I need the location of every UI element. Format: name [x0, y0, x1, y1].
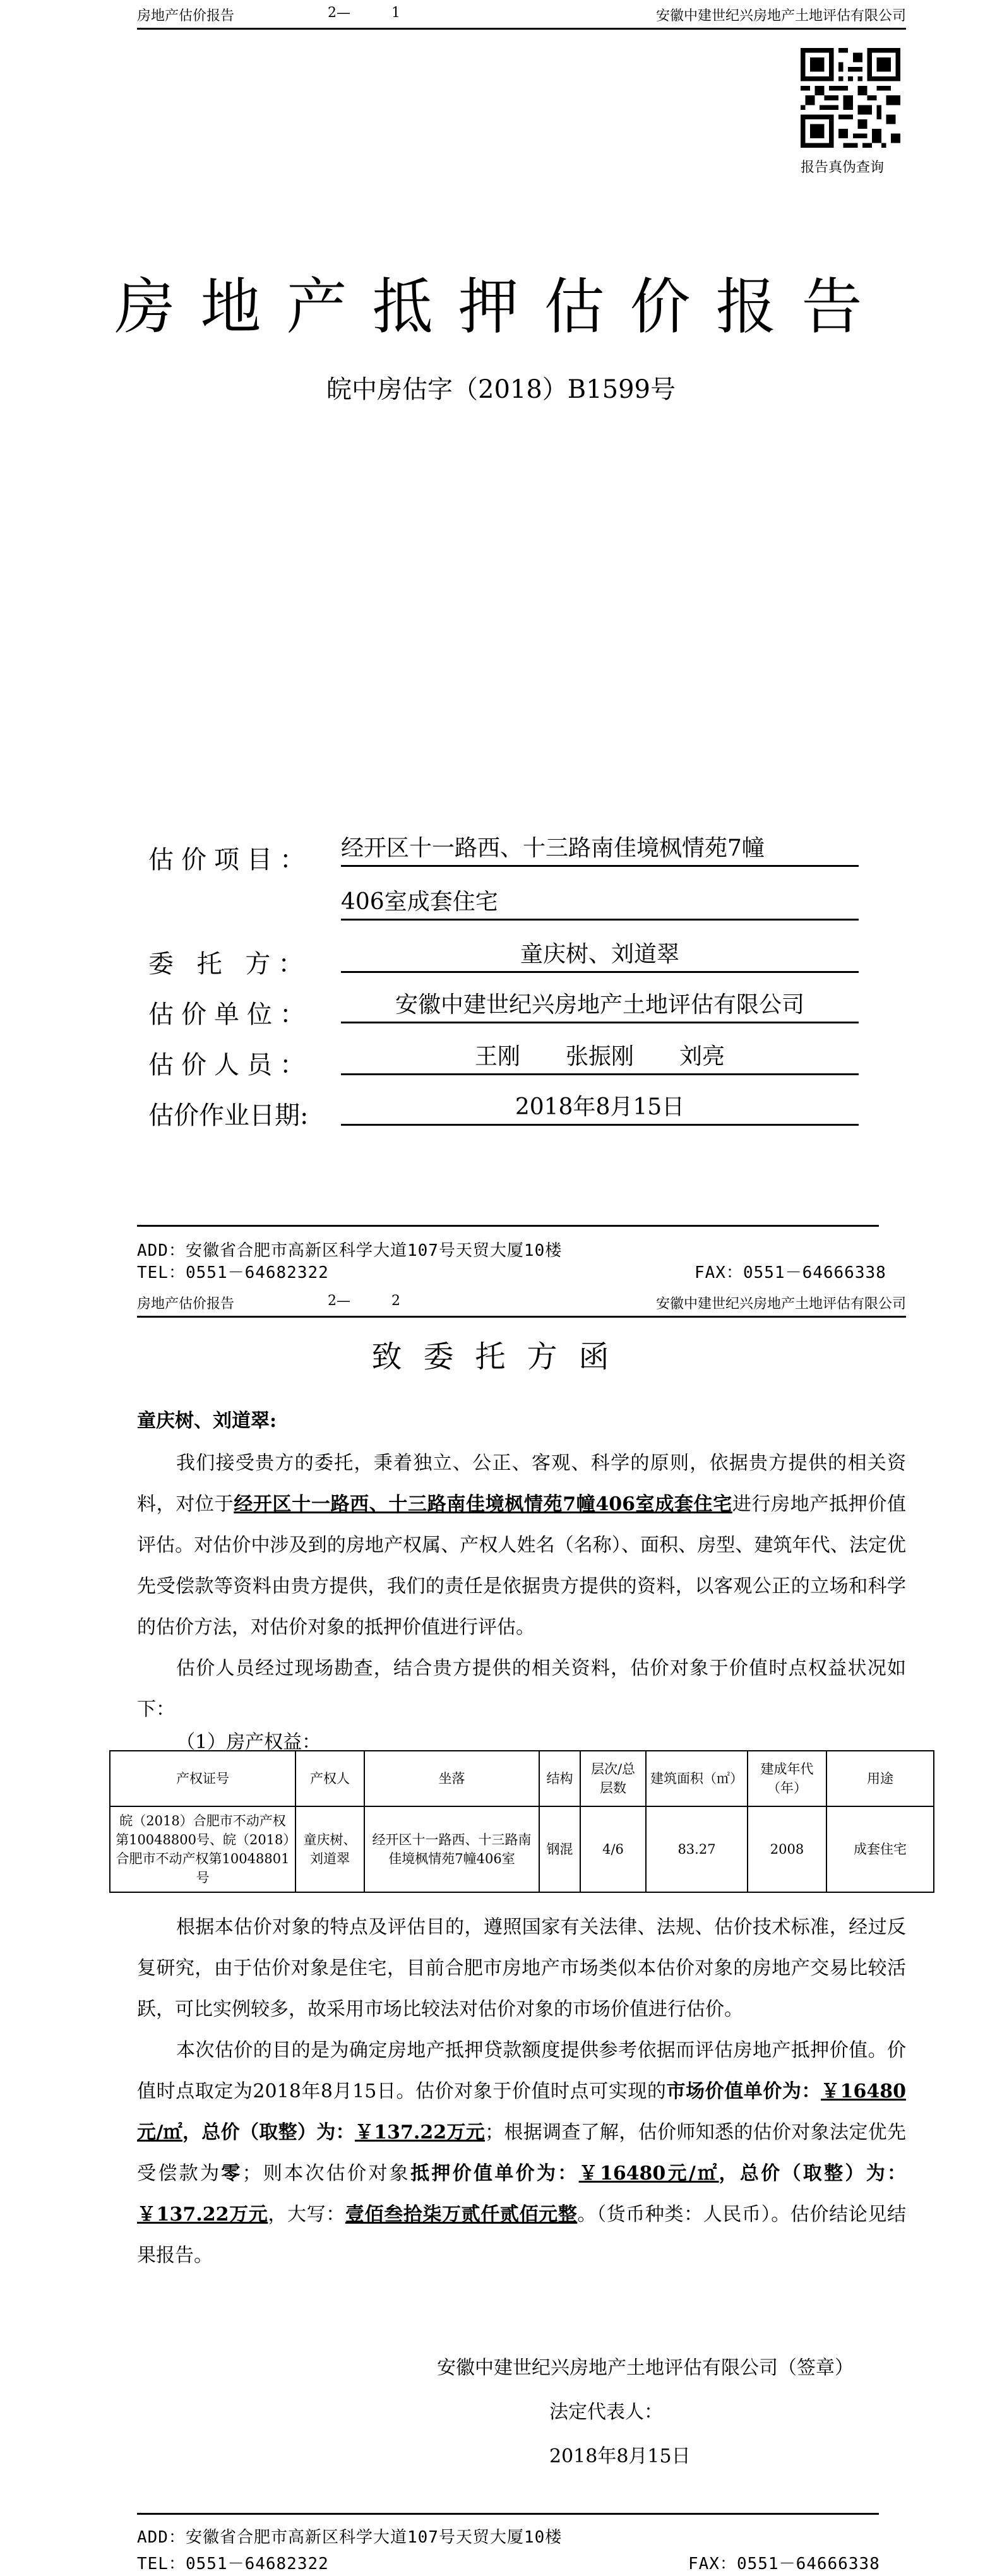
- qr-code-icon: [801, 48, 900, 148]
- property-address-underlined: 经开区十一路西、十三路南佳境枫情苑7幢406室成套住宅: [234, 1493, 732, 1515]
- paragraph-method: 根据本估价对象的特点及评估目的，遵照国家有关法律、法规、估价技术标准，经过反复研…: [137, 1907, 906, 2030]
- table-cell-floor: 4/6: [580, 1806, 646, 1892]
- market-unit-price-label: 市场价值单价为：: [666, 2080, 821, 2102]
- field-label-client: 委 托 方：: [148, 944, 311, 980]
- header-company: 安徽中建世纪兴房地产土地评估有限公司: [656, 5, 906, 25]
- field-value-date: 2018年8月15日: [341, 1092, 859, 1126]
- page1-footer-fax: FAX：0551－64666338: [695, 1260, 886, 1283]
- page2-footer-tel: TEL：0551－64682322: [137, 2551, 329, 2574]
- letter-title: 致委托方函: [0, 1332, 1002, 1376]
- field-value-appraisers: 王刚 张振刚 刘亮: [341, 1042, 859, 1075]
- paragraph-inspection: 估价人员经过现场勘查，结合贵方提供的相关资料，估价对象于价值时点权益状况如下：: [137, 1648, 906, 1730]
- table-header-cell: 产权人: [295, 1751, 364, 1806]
- field-label-appraisers: 估价人员：: [148, 1045, 313, 1081]
- salutation: 童庆树、刘道翠:: [137, 1405, 277, 1433]
- table-cell-area: 83.27: [646, 1806, 748, 1892]
- table-cell-cert-no: 皖（2018）合肥市不动产权第10048800号、皖（2018）合肥市不动产权第…: [110, 1806, 295, 1892]
- mortgage-total-label: ，总价（取整）为：: [719, 2162, 907, 2185]
- table-header-cell: 用途: [826, 1751, 934, 1806]
- table-cell-year: 2008: [748, 1806, 826, 1892]
- field-label-date: 估价作业日期:: [148, 1095, 308, 1131]
- market-total-price: ￥137.22万元: [355, 2121, 485, 2144]
- header-page-number: 2: [333, 1293, 459, 1309]
- field-value-project-line1: 经开区十一路西、十三路南佳境枫情苑7幢: [341, 833, 859, 867]
- field-value-firm: 安徽中建世纪兴房地产土地评估有限公司: [341, 990, 859, 1023]
- page2-footer-divider: [137, 2513, 879, 2515]
- field-value-client: 童庆树、刘道翠: [341, 939, 859, 973]
- paragraph-valuation: 本次估价的目的是为确定房地产抵押贷款额度提供参考依据而评估房地产抵押价值。价值时…: [137, 2030, 906, 2276]
- paragraph-intro: 我们接受贵方的委托，秉着独立、公正、客观、科学的原则，依据贵方提供的相关资料，对…: [137, 1443, 906, 1648]
- mortgage-total-price: ￥137.22万元: [137, 2203, 268, 2226]
- mortgage-unit-price: ￥16480元/㎡: [579, 2162, 719, 2185]
- market-total-label: ，总价（取整）为：: [182, 2121, 355, 2144]
- table-header-cell: 建成年代（年）: [748, 1751, 826, 1806]
- field-label-project: 估价项目：: [148, 840, 313, 876]
- field-value-project-line2: 406室成套住宅: [341, 887, 859, 921]
- mortgage-total-in-words: 壹佰叁拾柒万贰仟贰佰元整: [345, 2203, 578, 2226]
- page1-header: 房地产估价报告 2— 1 安徽中建世纪兴房地产土地评估有限公司: [137, 0, 906, 30]
- page1-footer-address: ADD：安徽省合肥市高新区科学大道107号天贸大厦10楼: [137, 1237, 562, 1261]
- mortgage-unit-price-label: 抵押价值单价为：: [410, 2162, 579, 2185]
- header-company: 安徽中建世纪兴房地产土地评估有限公司: [656, 1293, 906, 1313]
- report-number: 皖中房估字（2018）B1599号: [0, 369, 1002, 405]
- table-header-cell: 坐落: [364, 1751, 539, 1806]
- table-header-row: 产权证号 产权人 坐落 结构 层次/总层数 建筑面积（㎡） 建成年代（年） 用途: [110, 1751, 934, 1806]
- field-label-firm: 估价单位：: [148, 994, 313, 1030]
- header-page-number: 1: [333, 5, 459, 21]
- header-doc-type: 房地产估价报告: [137, 1293, 234, 1313]
- page1-footer-tel: TEL：0551－64682322: [137, 1260, 329, 1283]
- table-cell-usage: 成套住宅: [826, 1806, 934, 1892]
- header-doc-type: 房地产估价报告: [137, 5, 234, 25]
- signature-date: 2018年8月15日: [549, 2440, 691, 2468]
- signature-legal-rep: 法定代表人：: [549, 2396, 663, 2424]
- table-header-cell: 结构: [539, 1751, 580, 1806]
- page2-footer-address: ADD：安徽省合肥市高新区科学大道107号天贸大厦10楼: [137, 2524, 562, 2548]
- qr-caption: 报告真伪查询: [801, 157, 908, 176]
- signature-company: 安徽中建世纪兴房地产土地评估有限公司（签章）: [437, 2352, 854, 2380]
- page2-footer-fax: FAX：0551－64666338: [688, 2551, 880, 2574]
- table-row: 皖（2018）合肥市不动产权第10048800号、皖（2018）合肥市不动产权第…: [110, 1806, 934, 1892]
- priority-claim-value: 零: [221, 2162, 242, 2185]
- property-rights-table: 产权证号 产权人 坐落 结构 层次/总层数 建筑面积（㎡） 建成年代（年） 用途…: [109, 1750, 934, 1893]
- table-cell-structure: 钢混: [539, 1806, 580, 1892]
- table-header-cell: 产权证号: [110, 1751, 295, 1806]
- table-cell-owner: 童庆树、刘道翠: [295, 1806, 364, 1892]
- valuation-text: ，大写：: [268, 2203, 345, 2226]
- table-header-cell: 层次/总层数: [580, 1751, 646, 1806]
- page1-footer-divider: [137, 1225, 879, 1227]
- table-cell-location: 经开区十一路西、十三路南佳境枫情苑7幢406室: [364, 1806, 539, 1892]
- table-header-cell: 建筑面积（㎡）: [646, 1751, 748, 1806]
- valuation-text: ；则本次估价对象: [242, 2162, 411, 2185]
- report-title: 房地产抵押估价报告: [0, 259, 1002, 345]
- page2-header: 房地产估价报告 2— 2 安徽中建世纪兴房地产土地评估有限公司: [137, 1288, 906, 1318]
